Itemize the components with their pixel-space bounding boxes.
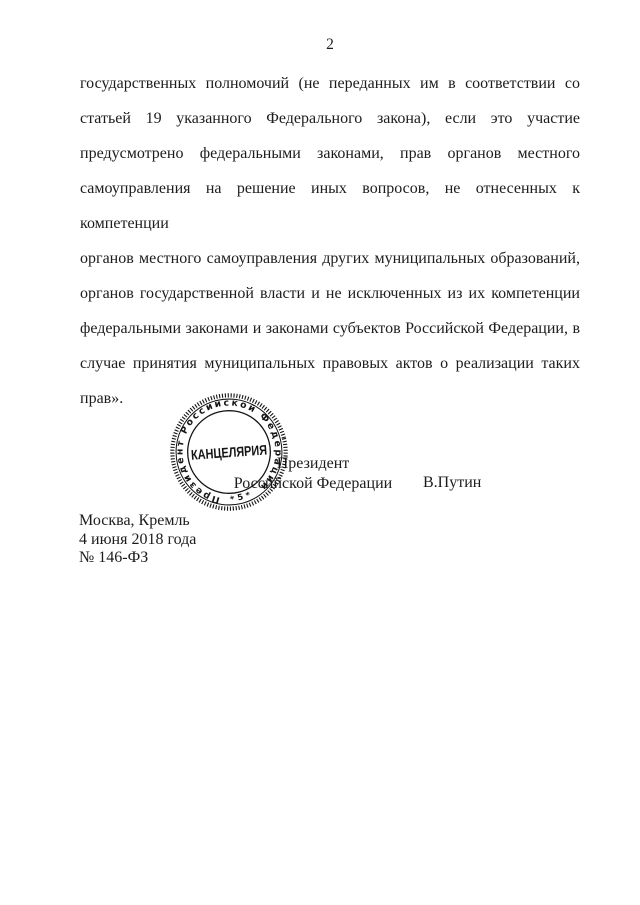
body-line: предусмотрено федеральными законами, пра… bbox=[80, 136, 580, 171]
stamp-bottom-text: * 5 * bbox=[229, 489, 252, 504]
body-line: органов местного самоуправления других м… bbox=[80, 241, 580, 276]
document-page: 2 государственных полномочий (не передан… bbox=[0, 0, 640, 905]
body-paragraph: государственных полномочий (не переданны… bbox=[80, 66, 580, 416]
body-line: статьей 19 указанного Федерального закон… bbox=[80, 101, 580, 136]
stamp-graphic: Президент Российской Федерации * 5 * КАН… bbox=[164, 387, 294, 517]
dateline-block: Москва, Кремль 4 июня 2018 года № 146-ФЗ bbox=[79, 512, 196, 568]
chancellery-stamp-icon: Президент Российской Федерации * 5 * КАН… bbox=[164, 387, 294, 517]
body-line: самоуправления на решение иных вопросов,… bbox=[80, 171, 580, 241]
stamp-center-text: КАНЦЕЛЯРИЯ bbox=[190, 441, 267, 462]
body-line: государственных полномочий (не переданны… bbox=[80, 66, 580, 101]
dateline-date: 4 июня 2018 года bbox=[79, 531, 196, 550]
signature-name: В.Путин bbox=[423, 473, 481, 493]
body-line: федеральными законами и законами субъект… bbox=[80, 311, 580, 346]
body-line: прав». bbox=[80, 381, 580, 416]
dateline-doc-number: № 146-ФЗ bbox=[79, 549, 196, 568]
page-number: 2 bbox=[80, 36, 580, 54]
body-line: случае принятия муниципальных правовых а… bbox=[80, 346, 580, 381]
body-line: органов государственной власти и не искл… bbox=[80, 276, 580, 311]
